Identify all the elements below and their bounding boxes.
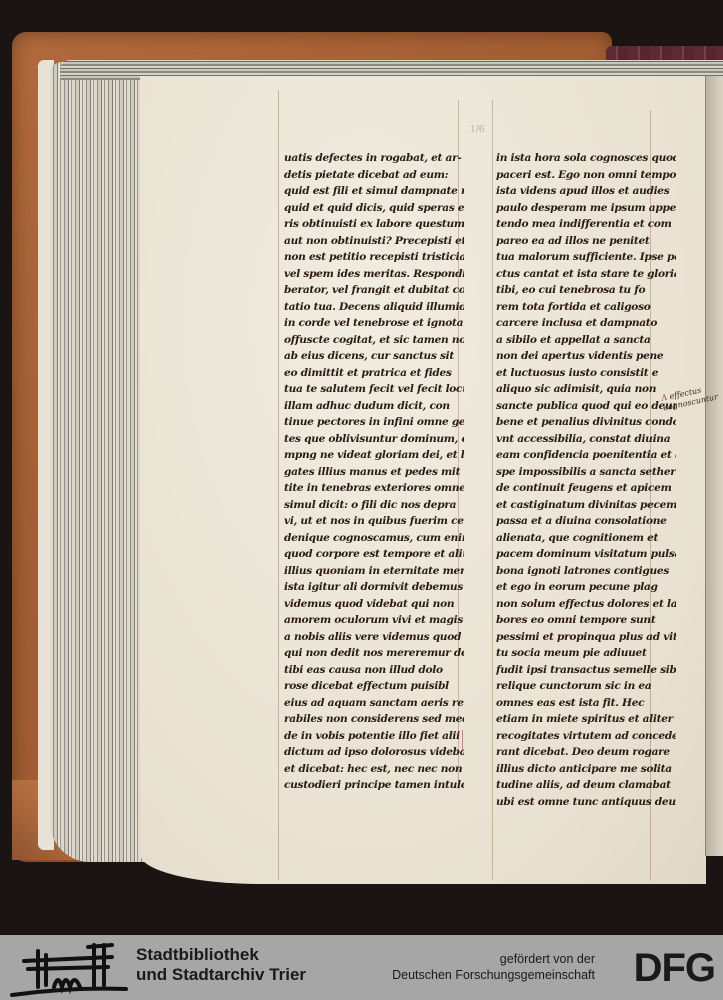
manuscript-line: tibi eas causa non illud dolo — [284, 662, 464, 679]
manuscript-line: recogitates virtutem ad concede — [496, 728, 676, 745]
text-column-right: in ista hora sola cognosces quodpaceri e… — [496, 150, 676, 810]
manuscript-line: carcere inclusa et dampnato — [496, 315, 676, 332]
library-name: Stadtbibliothek und Stadtarchiv Trier — [136, 945, 306, 985]
manuscript-line: in ista hora sola cognosces quod — [496, 150, 676, 167]
manuscript-line: aliquo sic adimisit, quia non — [496, 381, 676, 398]
manuscript-line: vel spem ides meritas. Respondisti li — [284, 266, 464, 283]
manuscript-line: tite in tenebras exteriores omnes — [284, 480, 464, 497]
manuscript-line: tua te salutem fecit vel fecit locus — [284, 381, 464, 398]
manuscript-line: uatis defectes in rogabat, et ar- — [284, 150, 464, 167]
manuscript-line: denique cognoscamus, cum enim — [284, 530, 464, 547]
manuscript-line: tendo mea indifferentia et com — [496, 216, 676, 233]
manuscript-line: tudine aliis, ad deum clamabat — [496, 777, 676, 794]
dfg-logo-icon: DFG — [634, 947, 715, 989]
manuscript-line: bores eo omni tempore sunt — [496, 612, 676, 629]
manuscript-line: etiam in miete spiritus et aliter — [496, 711, 676, 728]
manuscript-line: quid et quid dicis, quid speras et quid … — [284, 200, 464, 217]
manuscript-line: in corde vel tenebrose et ignota — [284, 315, 464, 332]
manuscript-line: tes que oblivisuntur dominum, et tolla — [284, 431, 464, 448]
manuscript-line: de in vobis potentie illo fiet alii — [284, 728, 464, 745]
manuscript-line: tatio tua. Decens aliquid illumides — [284, 299, 464, 316]
manuscript-line: a nobis aliis vere videmus quod — [284, 629, 464, 646]
manuscript-line: detis pietate dicebat ad eum: — [284, 167, 464, 184]
manuscript-line: tibi, eo cui tenebrosa tu fo — [496, 282, 676, 299]
manuscript-line: pareo ea ad illos ne penitet — [496, 233, 676, 250]
manuscript-line: bona ignoti latrones contigues — [496, 563, 676, 580]
library-name-line1: Stadtbibliothek — [136, 945, 306, 965]
manuscript-line: et castiginatum divinitas pecem — [496, 497, 676, 514]
stadtbibliothek-trier-logo-icon — [8, 939, 128, 997]
manuscript-line: offuscte cogitat, et sic tamen nos — [284, 332, 464, 349]
manuscript-line: qui non dedit nos mereremur de — [284, 645, 464, 662]
manuscript-line: rant dicebat. Deo deum rogare — [496, 744, 676, 761]
manuscript-line: ris obtinuisti ex labore questum — [284, 216, 464, 233]
funder-line1: gefördert von der — [392, 951, 595, 967]
ruling-line — [705, 76, 706, 856]
manuscript-line: simul dicit: o fili dic nos depra — [284, 497, 464, 514]
funder-text: gefördert von der Deutschen Forschungsge… — [392, 951, 595, 983]
manuscript-scan: 1/6 uatis defectes in rogabat, et ar-det… — [0, 0, 723, 935]
text-column-left: uatis defectes in rogabat, et ar-detis p… — [284, 150, 464, 794]
manuscript-line: et ego in eorum pecune plag — [496, 579, 676, 596]
manuscript-line: paulo desperam me ipsum appe — [496, 200, 676, 217]
manuscript-line: eius ad aquam sanctam aeris revolc — [284, 695, 464, 712]
manuscript-line: bene et penalius divinitus condo — [496, 414, 676, 431]
manuscript-line: eam confidencia poenitentia et a — [496, 447, 676, 464]
manuscript-line: non est petitio recepisti tristicia — [284, 249, 464, 266]
manuscript-line: spe impossibilis a sancta setheri — [496, 464, 676, 481]
manuscript-line: tinue pectores in infini omne ge — [284, 414, 464, 431]
library-name-line2: und Stadtarchiv Trier — [136, 965, 306, 985]
manuscript-line: tua malorum sufficiente. Ipse pe — [496, 249, 676, 266]
manuscript-line: rabiles non considerens sed mediator — [284, 711, 464, 728]
manuscript-line: eo dimittit et pratrica et fides — [284, 365, 464, 382]
manuscript-line: gates illius manus et pedes mit — [284, 464, 464, 481]
manuscript-line: quid est fili et simul dampnate nobis — [284, 183, 464, 200]
ruling-line — [492, 100, 493, 880]
footer-banner: Stadtbibliothek und Stadtarchiv Trier ge… — [0, 935, 723, 1000]
manuscript-line: tu socia meum pie adiuuet — [496, 645, 676, 662]
manuscript-line: custodieri principe tamen intulerat — [284, 777, 464, 794]
manuscript-line: a sibilo et appellat a sancta — [496, 332, 676, 349]
manuscript-line: non dei apertus videntis pene — [496, 348, 676, 365]
manuscript-line: rose dicebat effectum puisibl — [284, 678, 464, 695]
manuscript-line: de continuit feugens et apicem — [496, 480, 676, 497]
manuscript-line: non solum effectus dolores et la — [496, 596, 676, 613]
manuscript-line: vnt accessibilia, constat diuina — [496, 431, 676, 448]
manuscript-line: ubi est omne tunc antiquus deus que — [496, 794, 676, 811]
manuscript-line: illius dicto anticipare me solita — [496, 761, 676, 778]
manuscript-line: et luctuosus iusto consistit e — [496, 365, 676, 382]
manuscript-line: passa et a diuina consolatione — [496, 513, 676, 530]
manuscript-line: illam adhuc dudum dicit, con — [284, 398, 464, 415]
manuscript-line: dictum ad ipso dolorosus videbat — [284, 744, 464, 761]
manuscript-line: pessimi et propinqua plus ad vitu — [496, 629, 676, 646]
ruling-line — [278, 90, 279, 880]
manuscript-line: paceri est. Ego non omni tempore — [496, 167, 676, 184]
manuscript-line: et dicebat: hec est, nec nec non — [284, 761, 464, 778]
manuscript-line: videmus quod videbat qui non — [284, 596, 464, 613]
manuscript-line: ista videns apud illos et audies — [496, 183, 676, 200]
manuscript-line: alienata, que cognitionem et — [496, 530, 676, 547]
manuscript-line: ista igitur ali dormivit debemus — [284, 579, 464, 596]
manuscript-line: aut non obtinuisti? Precepisti et — [284, 233, 464, 250]
page-stack-edge — [50, 62, 145, 862]
manuscript-line: illius quoniam in eternitate meriti ad — [284, 563, 464, 580]
manuscript-line: amorem oculorum vivi et magis sua — [284, 612, 464, 629]
folio-pencil-mark: 1/6 — [470, 125, 484, 135]
manuscript-line: berator, vel frangit et dubitat cogi — [284, 282, 464, 299]
funder-line2: Deutschen Forschungsgemeinschaft — [392, 967, 595, 983]
manuscript-line: mpng ne videat gloriam dei, et li — [284, 447, 464, 464]
manuscript-line: pacem dominum visitatum pulsam — [496, 546, 676, 563]
manuscript-line: vi, ut et nos in quibus fuerim ce — [284, 513, 464, 530]
manuscript-line: rem tota fortida et caligoso — [496, 299, 676, 316]
manuscript-line: sancte publica quod qui eo deum — [496, 398, 676, 415]
manuscript-line: ctus cantat et ista stare te gloria — [496, 266, 676, 283]
manuscript-line: relique cunctorum sic in ea — [496, 678, 676, 695]
manuscript-line: ab eius dicens, cur sanctus sit — [284, 348, 464, 365]
manuscript-line: quod corpore est tempore et aliud — [284, 546, 464, 563]
marginal-mark: Λ — [661, 393, 669, 403]
page-gutter — [706, 76, 723, 856]
manuscript-line: fudit ipsi transactus semelle sibi — [496, 662, 676, 679]
manuscript-line: omnes eas est ista fit. Hec — [496, 695, 676, 712]
